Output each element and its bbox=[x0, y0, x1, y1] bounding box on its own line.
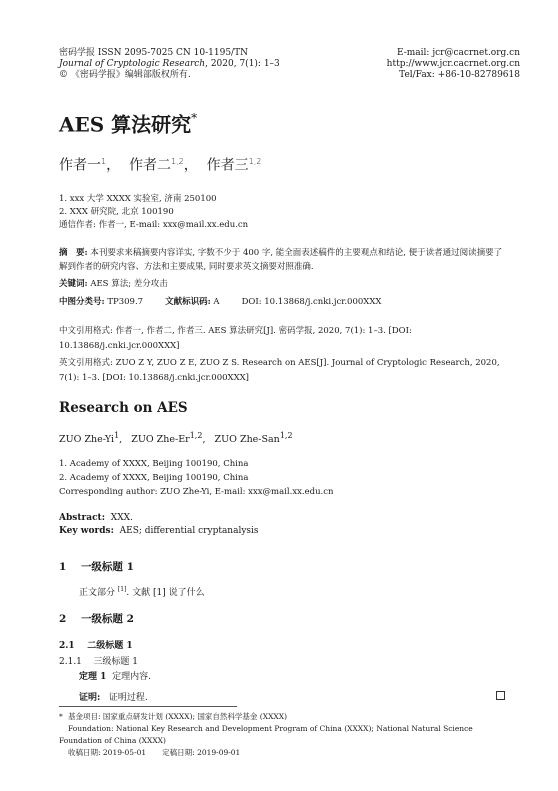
affiliations-en: 1. Academy of XXXX, Beijing 100190, Chin… bbox=[59, 459, 334, 501]
doi[interactable]: DOI: 10.13868/j.cnki.jcr.000XXX bbox=[242, 297, 382, 307]
abstract-en-label: Abstract: bbox=[59, 513, 105, 523]
author-cn: 作者三 bbox=[207, 158, 249, 174]
section-heading-2: 2 一级标题 2 bbox=[59, 611, 134, 626]
section-title: 一级标题 1 bbox=[81, 561, 134, 573]
journal-tel: Tel/Fax: +86-10-82789618 bbox=[387, 70, 520, 81]
subsubsection-title: 三级标题 1 bbox=[93, 657, 138, 667]
section-heading-1: 1 一级标题 1 bbox=[59, 559, 134, 574]
accepted-date: 定稿日期: 2019-09-01 bbox=[162, 748, 240, 757]
keywords-en-line: Key words: AES; differential cryptanalys… bbox=[59, 525, 259, 538]
author-en: ZUO Zhe-San bbox=[215, 434, 280, 445]
paper-title-en: Research on AES bbox=[59, 400, 188, 416]
author-sep: ， bbox=[184, 158, 207, 174]
subsubsection-number: 2.1.1 bbox=[59, 657, 82, 667]
affiliation-item: 1. xxx 大学 XXXX 实验室, 济南 250100 bbox=[59, 192, 248, 205]
section-number: 2 bbox=[59, 613, 66, 625]
proof-text: 证明过程. bbox=[109, 693, 148, 703]
authors-en: ZUO Zhe-Yi1, ZUO Zhe-Er1,2, ZUO Zhe-San1… bbox=[59, 431, 293, 445]
paper-title: AES 算法研究* bbox=[59, 108, 197, 137]
citation-format-en: 英文引用格式: ZUO Z Y, ZUO Z E, ZUO Z S. Resea… bbox=[59, 356, 507, 386]
footnote-fund-en: Foundation: National Key Research and De… bbox=[59, 723, 517, 747]
author-affil-sup: 1,2 bbox=[280, 431, 293, 440]
footnote: *基金项目: 国家重点研发计划 (XXXX); 国家自然科学基金 (XXXX) … bbox=[59, 711, 517, 759]
body-text: . 文献 [1] 说了什么 bbox=[126, 588, 204, 598]
authors-cn: 作者一1， 作者二1,2， 作者三1,2 bbox=[59, 153, 261, 175]
keywords-en-text: AES; differential cryptanalysis bbox=[120, 526, 259, 536]
paper-title-text: AES 算法研究 bbox=[59, 113, 191, 137]
author-affil-sup: 1,2 bbox=[190, 431, 203, 440]
journal-issn-line: 密码学报 ISSN 2095-7025 CN 10-1195/TN bbox=[59, 48, 280, 59]
keywords-cn-label: 关键词: bbox=[59, 279, 88, 289]
journal-url[interactable]: http://www.jcr.cacrnet.org.cn bbox=[387, 59, 520, 70]
proof: 证明: 证明过程. bbox=[79, 690, 148, 703]
section-title: 一级标题 2 bbox=[81, 613, 134, 625]
paper-page: 密码学报 ISSN 2095-7025 CN 10-1195/TN Journa… bbox=[0, 0, 558, 791]
corresponding-author-cn: 通信作者: 作者一, E-mail: xxx@mail.xx.edu.cn bbox=[59, 218, 248, 231]
journal-email: E-mail: jcr@cacrnet.org.cn bbox=[387, 48, 520, 59]
author-en: ZUO Zhe-Yi bbox=[59, 434, 114, 445]
clc-value: TP309.7 bbox=[107, 297, 143, 307]
subsection-number: 2.1 bbox=[59, 641, 75, 651]
subsubsection-heading: 2.1.1 三级标题 1 bbox=[59, 654, 138, 667]
doc-code-value: A bbox=[213, 297, 219, 307]
abstract-cn: 摘 要: 本刊要求来稿摘要内容详实, 字数不少于 400 字, 能全面表述稿件的… bbox=[59, 246, 507, 274]
abstract-cn-text: 本刊要求来稿摘要内容详实, 字数不少于 400 字, 能全面表述稿件的主要观点和… bbox=[59, 248, 502, 272]
affiliation-item: 1. Academy of XXXX, Beijing 100190, Chin… bbox=[59, 459, 334, 473]
proof-label: 证明: bbox=[79, 693, 100, 703]
journal-name-en: Journal of Cryptologic Research bbox=[59, 59, 205, 69]
keywords-cn-text: AES 算法; 差分攻击 bbox=[90, 279, 167, 289]
body-text: 正文部分 bbox=[79, 588, 118, 598]
qed-square-icon bbox=[496, 691, 505, 700]
footnote-rule bbox=[59, 706, 237, 707]
author-cn: 作者一 bbox=[59, 158, 101, 174]
corresponding-author-en: Corresponding author: ZUO Zhe-Yi, E-mail… bbox=[59, 487, 334, 501]
affiliation-item: 2. XXX 研究院, 北京 100190 bbox=[59, 205, 248, 218]
abstract-cn-label: 摘 要: bbox=[59, 248, 88, 258]
keywords-en-label: Key words: bbox=[59, 526, 114, 536]
clc-label: 中图分类号: bbox=[59, 297, 105, 307]
section-number: 1 bbox=[59, 561, 66, 573]
subsection-title: 二级标题 1 bbox=[87, 641, 132, 651]
author-affil-sup: 1,2 bbox=[249, 157, 262, 166]
journal-volume: , 2020, 7(1): 1–3 bbox=[205, 59, 280, 69]
journal-header-left: 密码学报 ISSN 2095-7025 CN 10-1195/TN Journa… bbox=[59, 48, 280, 81]
copyright-line: © 《密码学报》编辑部版权所有. bbox=[59, 70, 280, 81]
theorem: 定理 1 定理内容. bbox=[79, 669, 151, 682]
author-affil-sup: 1,2 bbox=[171, 157, 184, 166]
doc-code-label: 文献标识码: bbox=[165, 297, 211, 307]
footnote-dates: 收稿日期: 2019-05-01定稿日期: 2019-09-01 bbox=[59, 747, 517, 759]
subsection-heading: 2.1 二级标题 1 bbox=[59, 638, 133, 651]
body-paragraph: 正文部分 [1]. 文献 [1] 说了什么 bbox=[79, 585, 205, 598]
author-sep: , bbox=[119, 434, 131, 445]
footnote-fund-cn: *基金项目: 国家重点研发计划 (XXXX); 国家自然科学基金 (XXXX) bbox=[59, 711, 517, 723]
abstract-en: Abstract: XXX. Key words: AES; different… bbox=[59, 512, 259, 538]
author-cn: 作者二 bbox=[129, 158, 171, 174]
journal-header-right: E-mail: jcr@cacrnet.org.cn http://www.jc… bbox=[387, 48, 520, 81]
received-date: 收稿日期: 2019-05-01 bbox=[68, 748, 146, 757]
affiliations-cn: 1. xxx 大学 XXXX 实验室, 济南 250100 2. XXX 研究院… bbox=[59, 192, 248, 231]
classification-line: 中图分类号: TP309.7文献标识码: ADOI: 10.13868/j.cn… bbox=[59, 295, 381, 307]
theorem-text: 定理内容. bbox=[112, 672, 151, 682]
footnote-marker: * bbox=[59, 711, 68, 723]
theorem-label: 定理 1 bbox=[79, 672, 106, 682]
fund-cn-text: 基金项目: 国家重点研发计划 (XXXX); 国家自然科学基金 (XXXX) bbox=[68, 712, 287, 721]
author-en: ZUO Zhe-Er bbox=[131, 434, 189, 445]
journal-citation-line: Journal of Cryptologic Research, 2020, 7… bbox=[59, 59, 280, 70]
keywords-cn: 关键词: AES 算法; 差分攻击 bbox=[59, 277, 168, 289]
abstract-en-text: XXX. bbox=[111, 513, 133, 523]
author-sep: ， bbox=[106, 158, 129, 174]
footnote-marker[interactable]: * bbox=[191, 111, 197, 125]
citation-format-cn: 中文引用格式: 作者一, 作者二, 作者三. AES 算法研究[J]. 密码学报… bbox=[59, 324, 507, 354]
affiliation-item: 2. Academy of XXXX, Beijing 100190, Chin… bbox=[59, 473, 334, 487]
abstract-en-line: Abstract: XXX. bbox=[59, 512, 259, 525]
author-sep: , bbox=[202, 434, 214, 445]
